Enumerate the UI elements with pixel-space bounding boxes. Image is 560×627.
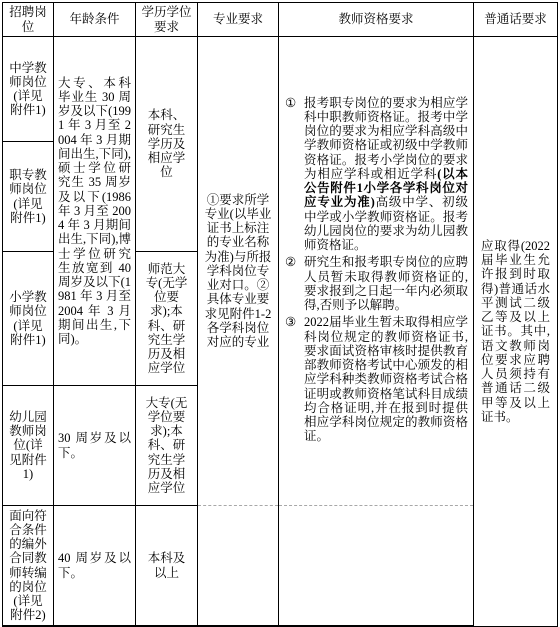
cell-mandarin-merged: 应取得(2022届毕业生允许报到时取得)普通话水平测试二级乙等及以上证书。其中,… bbox=[474, 37, 558, 627]
recruitment-requirements-table: 招聘岗位 年龄条件 学历学位要求 专业要求 教师资格要求 普通话要求 中学教师岗… bbox=[2, 2, 558, 627]
cell-position-kindergarten: 幼儿园教师岗位(详见附件1) bbox=[3, 386, 54, 506]
cell-education-kindergarten: 大专(无学位要求);本科、研究生学历及相应学位 bbox=[136, 386, 198, 506]
table-header-row: 招聘岗位 年龄条件 学历学位要求 专业要求 教师资格要求 普通话要求 bbox=[3, 3, 558, 37]
cell-age-transfer: 40 周岁及以下。 bbox=[54, 506, 136, 627]
header-mandarin: 普通话要求 bbox=[474, 3, 558, 37]
cell-education-primary: 师范大专(无学位要求);本科、研究生学历及相应学位 bbox=[136, 252, 198, 386]
cell-position-primary: 小学教师岗位(详见附件1) bbox=[3, 252, 54, 386]
cert-text-2: 研究生和报考职专岗位的应聘人员暂未取得教师资格证的,要求报到之日起一年内必须取得… bbox=[304, 255, 468, 312]
empty-cell-major-row5 bbox=[198, 506, 279, 627]
header-major: 专业要求 bbox=[198, 3, 279, 37]
cert-requirement-2: ② 研究生和报考职专岗位的应聘人员暂未取得教师资格证的,要求报到之日起一年内必须… bbox=[285, 255, 468, 312]
cert-marker-2: ② bbox=[285, 255, 304, 312]
cell-teacher-cert-merged: ① 报考职专岗位的要求为相应学科中职教师资格证。报考中学岗位的要求为相应学科高级… bbox=[279, 37, 474, 506]
header-age: 年龄条件 bbox=[54, 3, 136, 37]
cell-major-merged: ①要求所学专业(以毕业证书上标注的专业名称为准)与所报学科岗位专业对口。②具体专… bbox=[198, 37, 279, 506]
cell-position-vocational: 职专教师岗位(详见附件1) bbox=[3, 142, 54, 252]
cert-text-3: 2022届毕业生暂未取得相应学科岗位规定的教师资格证书,要求面试资格审核时提供教… bbox=[304, 315, 468, 443]
cert-requirement-3: ③ 2022届毕业生暂未取得相应学科岗位规定的教师资格证书,要求面试资格审核时提… bbox=[285, 315, 468, 443]
cell-age-kindergarten: 30 周岁及以下。 bbox=[54, 386, 136, 506]
header-education: 学历学位要求 bbox=[136, 3, 198, 37]
empty-cell-cert-row5 bbox=[279, 506, 474, 627]
cert-marker-1: ① bbox=[285, 96, 304, 253]
cell-age-rows-1-3: 大专、本科毕业生 30 周岁及以下(1991 年 3 月至 2004 年 3 月… bbox=[54, 37, 136, 386]
cert-text-1: 报考职专岗位的要求为相应学科中职教师资格证。报考中学岗位的要求为相应学科高级中学… bbox=[304, 96, 468, 253]
cell-education-rows-1-2: 本科、研究生学历及相应学位 bbox=[136, 37, 198, 252]
cell-position-middle-school: 中学教师岗位(详见附件1) bbox=[3, 37, 54, 142]
row-middle-school: 中学教师岗位(详见附件1) 大专、本科毕业生 30 周岁及以下(1991 年 3… bbox=[3, 37, 558, 142]
cell-education-transfer: 本科及以上 bbox=[136, 506, 198, 627]
cert-marker-3: ③ bbox=[285, 315, 304, 443]
header-position: 招聘岗位 bbox=[3, 3, 54, 37]
cell-position-transfer: 面向符合条件的编外合同教师转编的岗位(详见附件2) bbox=[3, 506, 54, 627]
header-teacher-cert: 教师资格要求 bbox=[279, 3, 474, 37]
cert-requirement-1: ① 报考职专岗位的要求为相应学科中职教师资格证。报考中学岗位的要求为相应学科高级… bbox=[285, 96, 468, 253]
